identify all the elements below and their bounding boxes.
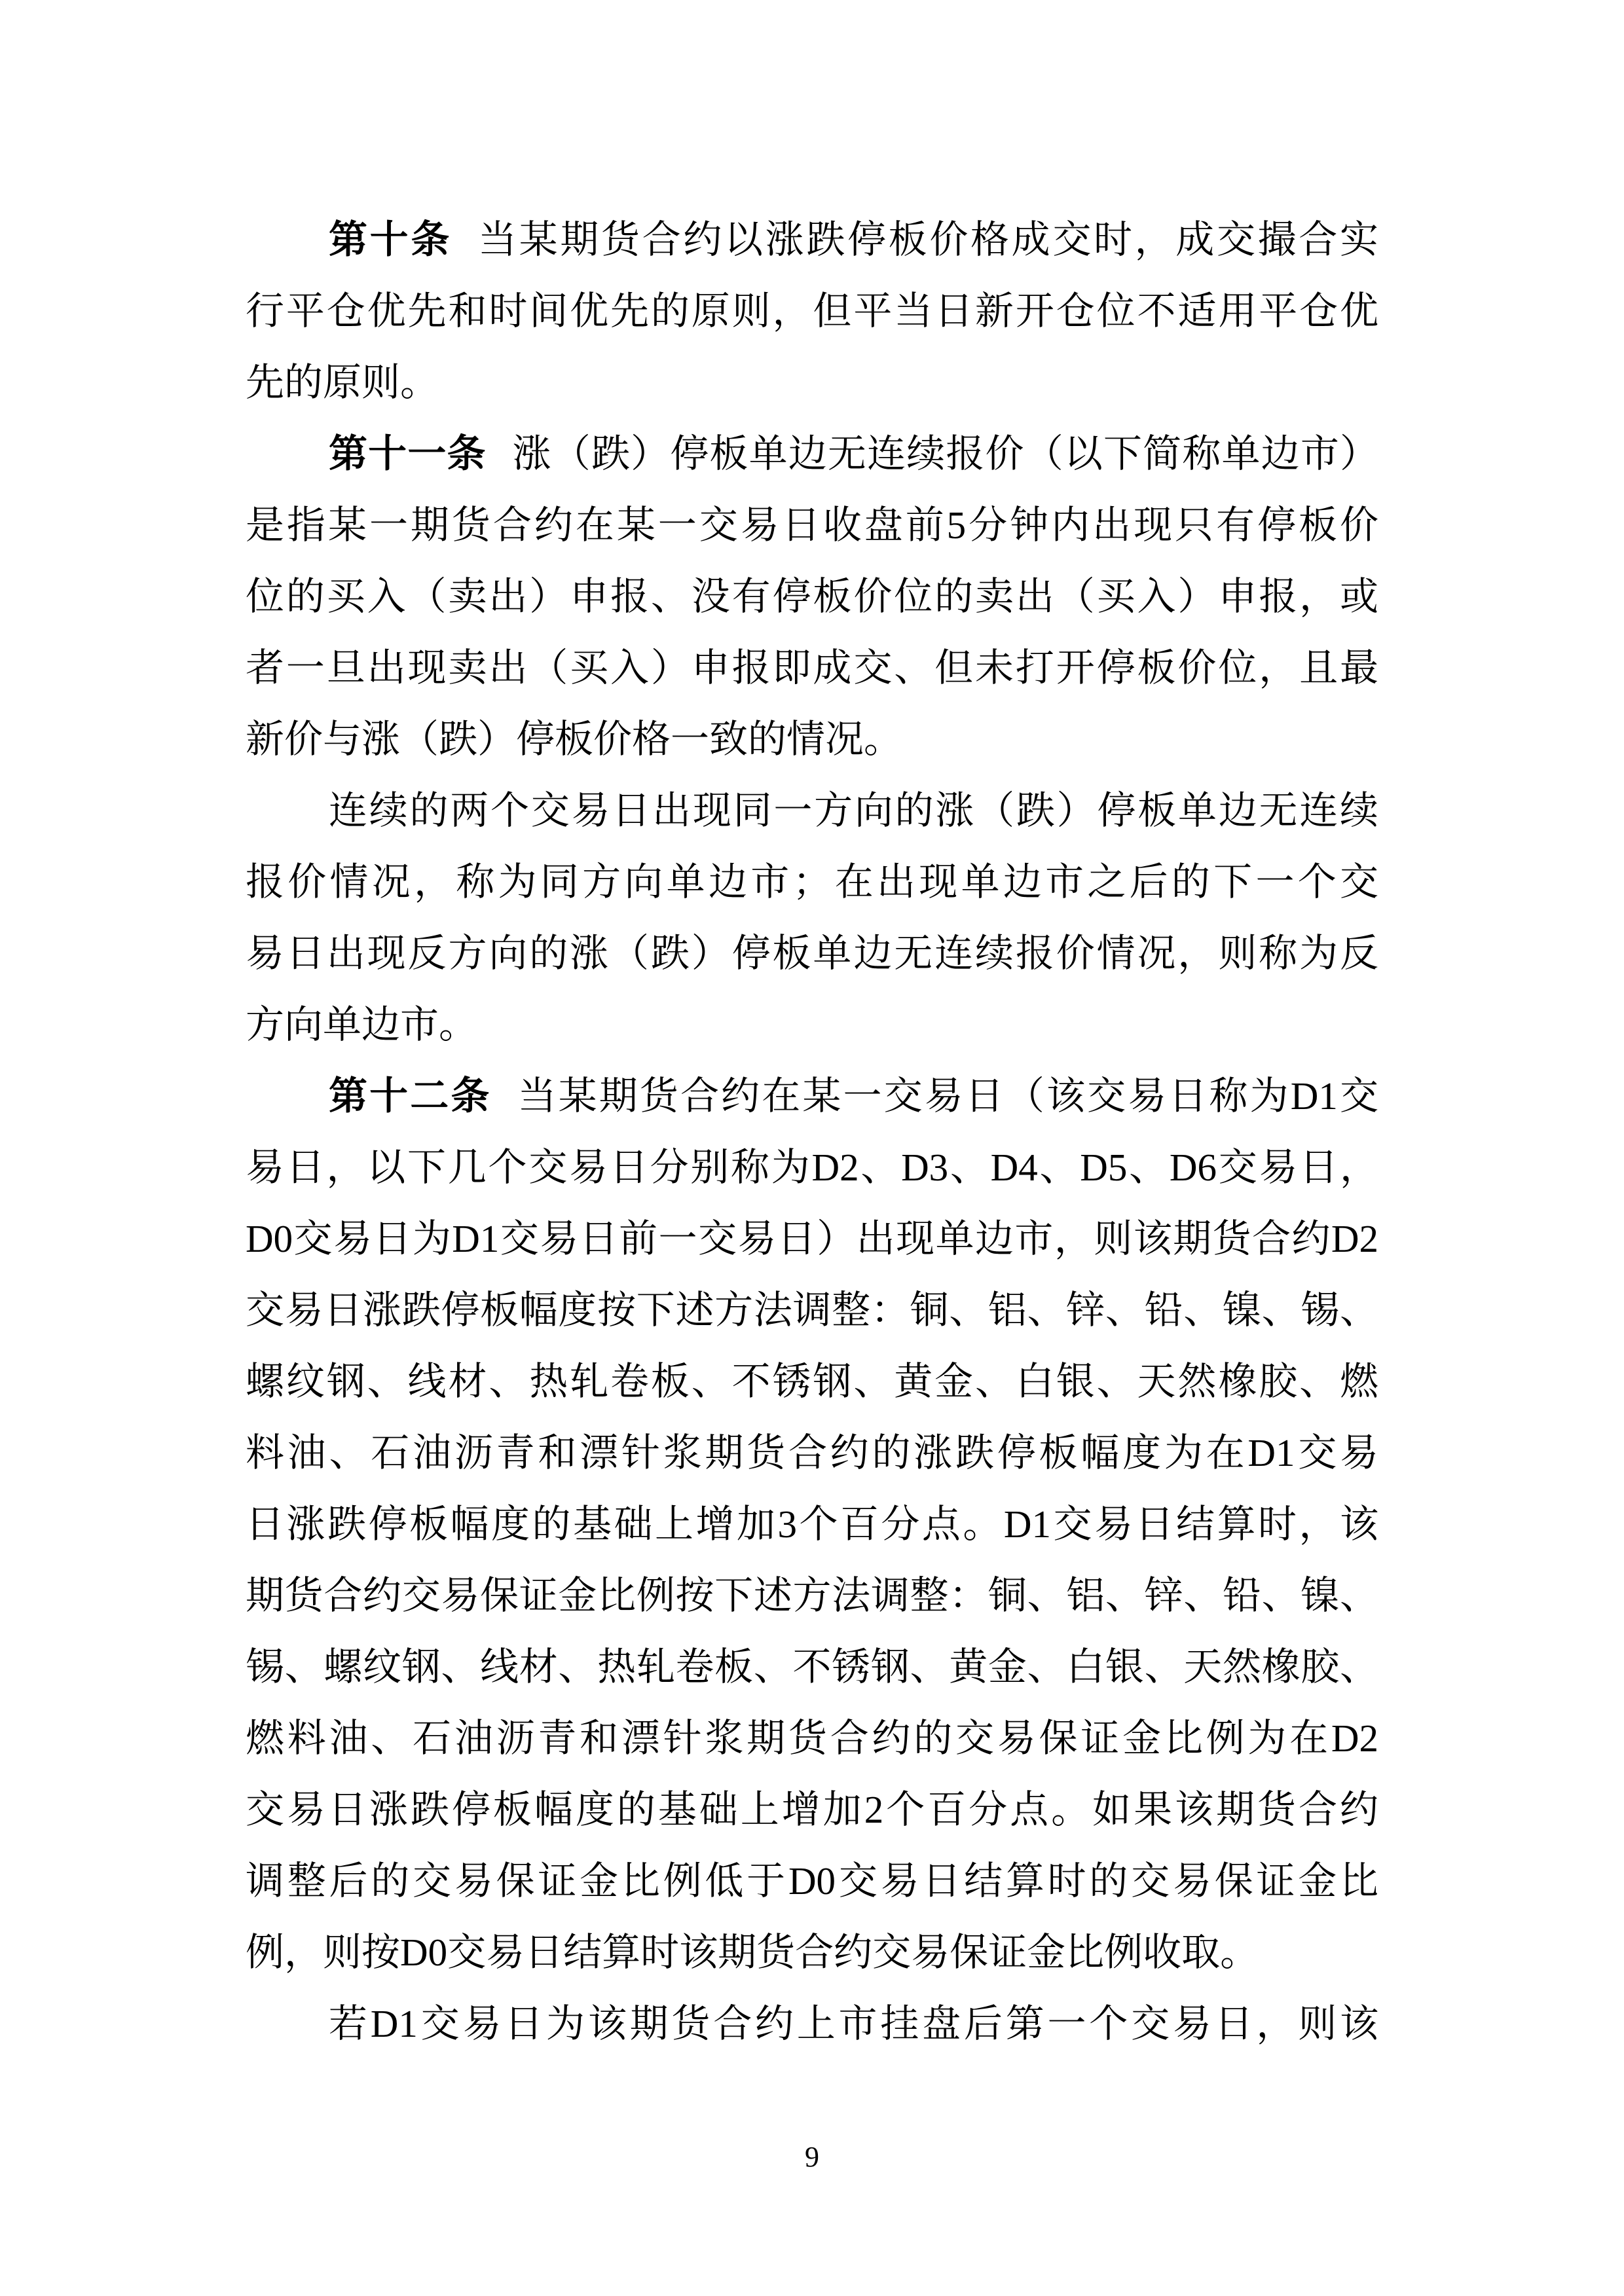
text-line: 第十条当某期货合约以涨跌停板价格成交时，成交撮合实 [246, 204, 1378, 276]
text-line: 是指某一期货合约在某一交易日收盘前5分钟内出现只有停板价 [246, 490, 1378, 561]
text-line: 调整后的交易保证金比例低于D0交易日结算时的交易保证金比 [246, 1846, 1378, 1917]
line-text: 新价与涨（跌）停板价格一致的情况。 [246, 718, 902, 761]
article-number: 第十二条 [329, 1074, 491, 1118]
article-number: 第十一条 [329, 432, 487, 475]
line-text: 涨（跌）停板单边无连续报价（以下简称单边市） [513, 432, 1378, 475]
line-text: 报价情况，称为同方向单边市；在出现单边市之后的下一个交 [246, 860, 1378, 903]
line-text: 螺纹钢、线材、热轧卷板、不锈钢、黄金、白银、天然橡胶、燃 [246, 1360, 1378, 1403]
text-line: 位的买入（卖出）申报、没有停板价位的卖出（买入）申报，或 [246, 561, 1378, 632]
line-text: 当某期货合约以涨跌停板价格成交时，成交撮合实 [478, 218, 1378, 261]
line-text: 方向单边市。 [246, 1003, 477, 1046]
text-line: 方向单边市。 [246, 989, 1378, 1061]
line-text: 交易日涨跌停板幅度按下述方法调整：铜、铝、锌、铅、镍、锡、 [246, 1288, 1378, 1332]
text-line: 交易日涨跌停板幅度按下述方法调整：铜、铝、锌、铅、镍、锡、 [246, 1275, 1378, 1346]
page-footer: 9 [0, 2121, 1624, 2193]
line-text: 交易日涨跌停板幅度的基础上增加2个百分点。如果该期货合约 [246, 1788, 1378, 1831]
text-line: 第十二条当某期货合约在某一交易日（该交易日称为D1交 [246, 1061, 1378, 1132]
text-line: 新价与涨（跌）停板价格一致的情况。 [246, 704, 1378, 775]
line-text: 若D1交易日为该期货合约上市挂盘后第一个交易日，则该 [329, 2002, 1378, 2045]
text-line: 例，则按D0交易日结算时该期货合约交易保证金比例收取。 [246, 1917, 1378, 1988]
line-text: 是指某一期货合约在某一交易日收盘前5分钟内出现只有停板价 [246, 503, 1378, 547]
document-body: 第十条当某期货合约以涨跌停板价格成交时，成交撮合实行平仓优先和时间优先的原则，但… [246, 204, 1378, 2060]
line-text: 连续的两个交易日出现同一方向的涨（跌）停板单边无连续 [329, 789, 1378, 832]
line-text: 易日出现反方向的涨（跌）停板单边无连续报价情况，则称为反 [246, 932, 1378, 975]
text-line: 者一旦出现卖出（买入）申报即成交、但未打开停板价位，且最 [246, 632, 1378, 704]
text-line: 第十一条涨（跌）停板单边无连续报价（以下简称单边市） [246, 418, 1378, 490]
line-text: 燃料油、石油沥青和漂针浆期货合约的交易保证金比例为在D2 [246, 1717, 1378, 1760]
text-line: 易日，以下几个交易日分别称为D2、D3、D4、D5、D6交易日， [246, 1132, 1378, 1203]
line-text: 行平仓优先和时间优先的原则，但平当日新开仓位不适用平仓优 [246, 289, 1378, 333]
line-text: 日涨跌停板幅度的基础上增加3个百分点。D1交易日结算时，该 [246, 1503, 1378, 1546]
line-text: 例，则按D0交易日结算时该期货合约交易保证金比例收取。 [246, 1931, 1259, 1974]
line-text: 期货合约交易保证金比例按下述方法调整：铜、铝、锌、铅、镍、 [246, 1574, 1378, 1617]
line-text: 调整后的交易保证金比例低于D0交易日结算时的交易保证金比 [246, 1859, 1378, 1903]
line-text: 当某期货合约在某一交易日（该交易日称为D1交 [517, 1074, 1378, 1118]
text-line: 行平仓优先和时间优先的原则，但平当日新开仓位不适用平仓优 [246, 276, 1378, 347]
line-text: 易日，以下几个交易日分别称为D2、D3、D4、D5、D6交易日， [246, 1146, 1378, 1189]
text-line: 日涨跌停板幅度的基础上增加3个百分点。D1交易日结算时，该 [246, 1489, 1378, 1560]
page-number: 9 [805, 2141, 819, 2173]
article-number: 第十条 [329, 218, 452, 261]
text-line: 期货合约交易保证金比例按下述方法调整：铜、铝、锌、铅、镍、 [246, 1560, 1378, 1631]
line-text: 位的买入（卖出）申报、没有停板价位的卖出（买入）申报，或 [246, 575, 1378, 618]
text-line: 先的原则。 [246, 347, 1378, 418]
line-text: 者一旦出现卖出（买入）申报即成交、但未打开停板价位，且最 [246, 646, 1378, 689]
line-text: 料油、石油沥青和漂针浆期货合约的涨跌停板幅度为在D1交易 [246, 1431, 1378, 1474]
text-line: 螺纹钢、线材、热轧卷板、不锈钢、黄金、白银、天然橡胶、燃 [246, 1346, 1378, 1417]
text-line: 料油、石油沥青和漂针浆期货合约的涨跌停板幅度为在D1交易 [246, 1417, 1378, 1489]
line-text: 先的原则。 [246, 361, 439, 404]
line-text: D0交易日为D1交易日前一交易日）出现单边市，则该期货合约D2 [246, 1217, 1378, 1260]
text-line: 报价情况，称为同方向单边市；在出现单边市之后的下一个交 [246, 847, 1378, 918]
text-line: 若D1交易日为该期货合约上市挂盘后第一个交易日，则该 [246, 1988, 1378, 2060]
text-line: 燃料油、石油沥青和漂针浆期货合约的交易保证金比例为在D2 [246, 1703, 1378, 1774]
text-line: 锡、螺纹钢、线材、热轧卷板、不锈钢、黄金、白银、天然橡胶、 [246, 1631, 1378, 1703]
text-line: 易日出现反方向的涨（跌）停板单边无连续报价情况，则称为反 [246, 918, 1378, 989]
text-line: 交易日涨跌停板幅度的基础上增加2个百分点。如果该期货合约 [246, 1774, 1378, 1846]
text-line: D0交易日为D1交易日前一交易日）出现单边市，则该期货合约D2 [246, 1203, 1378, 1275]
line-text: 锡、螺纹钢、线材、热轧卷板、不锈钢、黄金、白银、天然橡胶、 [246, 1645, 1378, 1688]
text-line: 连续的两个交易日出现同一方向的涨（跌）停板单边无连续 [246, 775, 1378, 847]
